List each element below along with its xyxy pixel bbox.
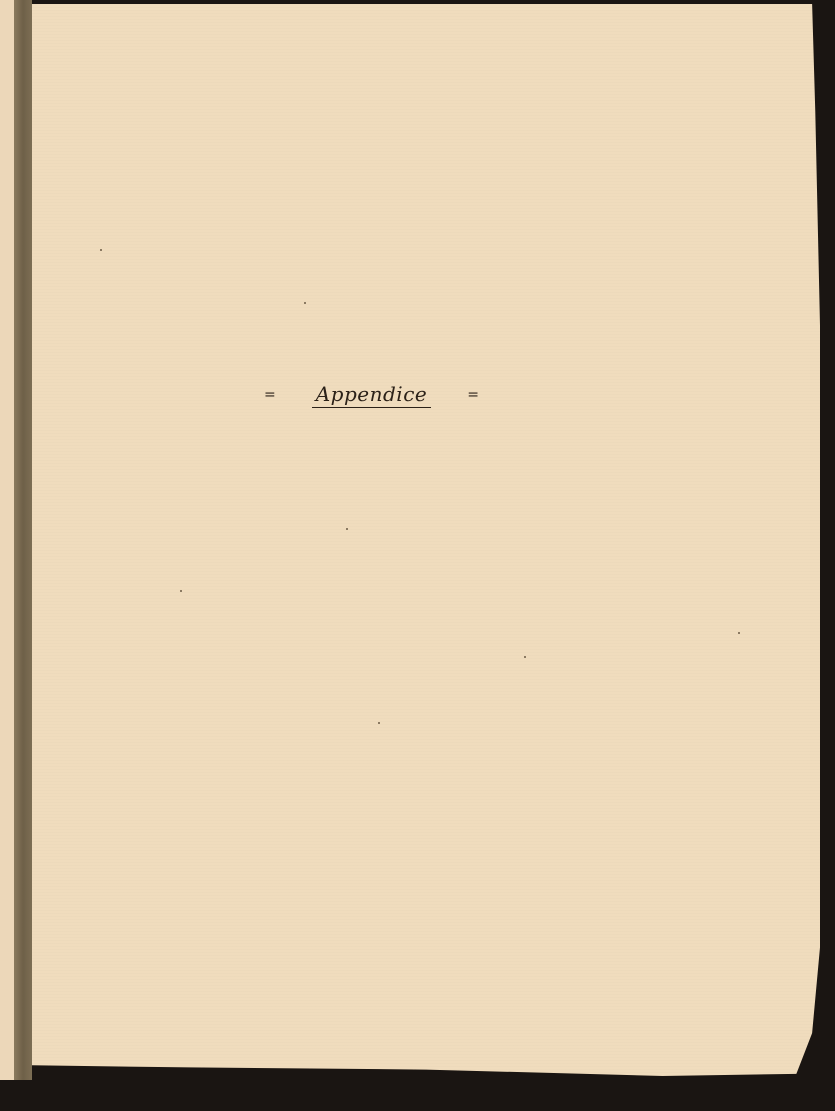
- paper-speck: [738, 632, 740, 634]
- paper-speck: [180, 590, 182, 592]
- page-heading: = Appendice =: [264, 382, 479, 408]
- paper-speck: [304, 302, 306, 304]
- book-page: = Appendice =: [32, 4, 820, 1076]
- paper-speck: [346, 528, 348, 530]
- paper-speck: [100, 249, 102, 251]
- paper-speck: [524, 656, 526, 658]
- left-ornament: =: [264, 387, 276, 403]
- book-gutter: [14, 0, 32, 1080]
- heading-title: Appendice: [312, 382, 432, 408]
- paper-speck: [378, 722, 380, 724]
- facing-page-edge: [0, 0, 14, 1080]
- right-ornament: =: [467, 387, 479, 403]
